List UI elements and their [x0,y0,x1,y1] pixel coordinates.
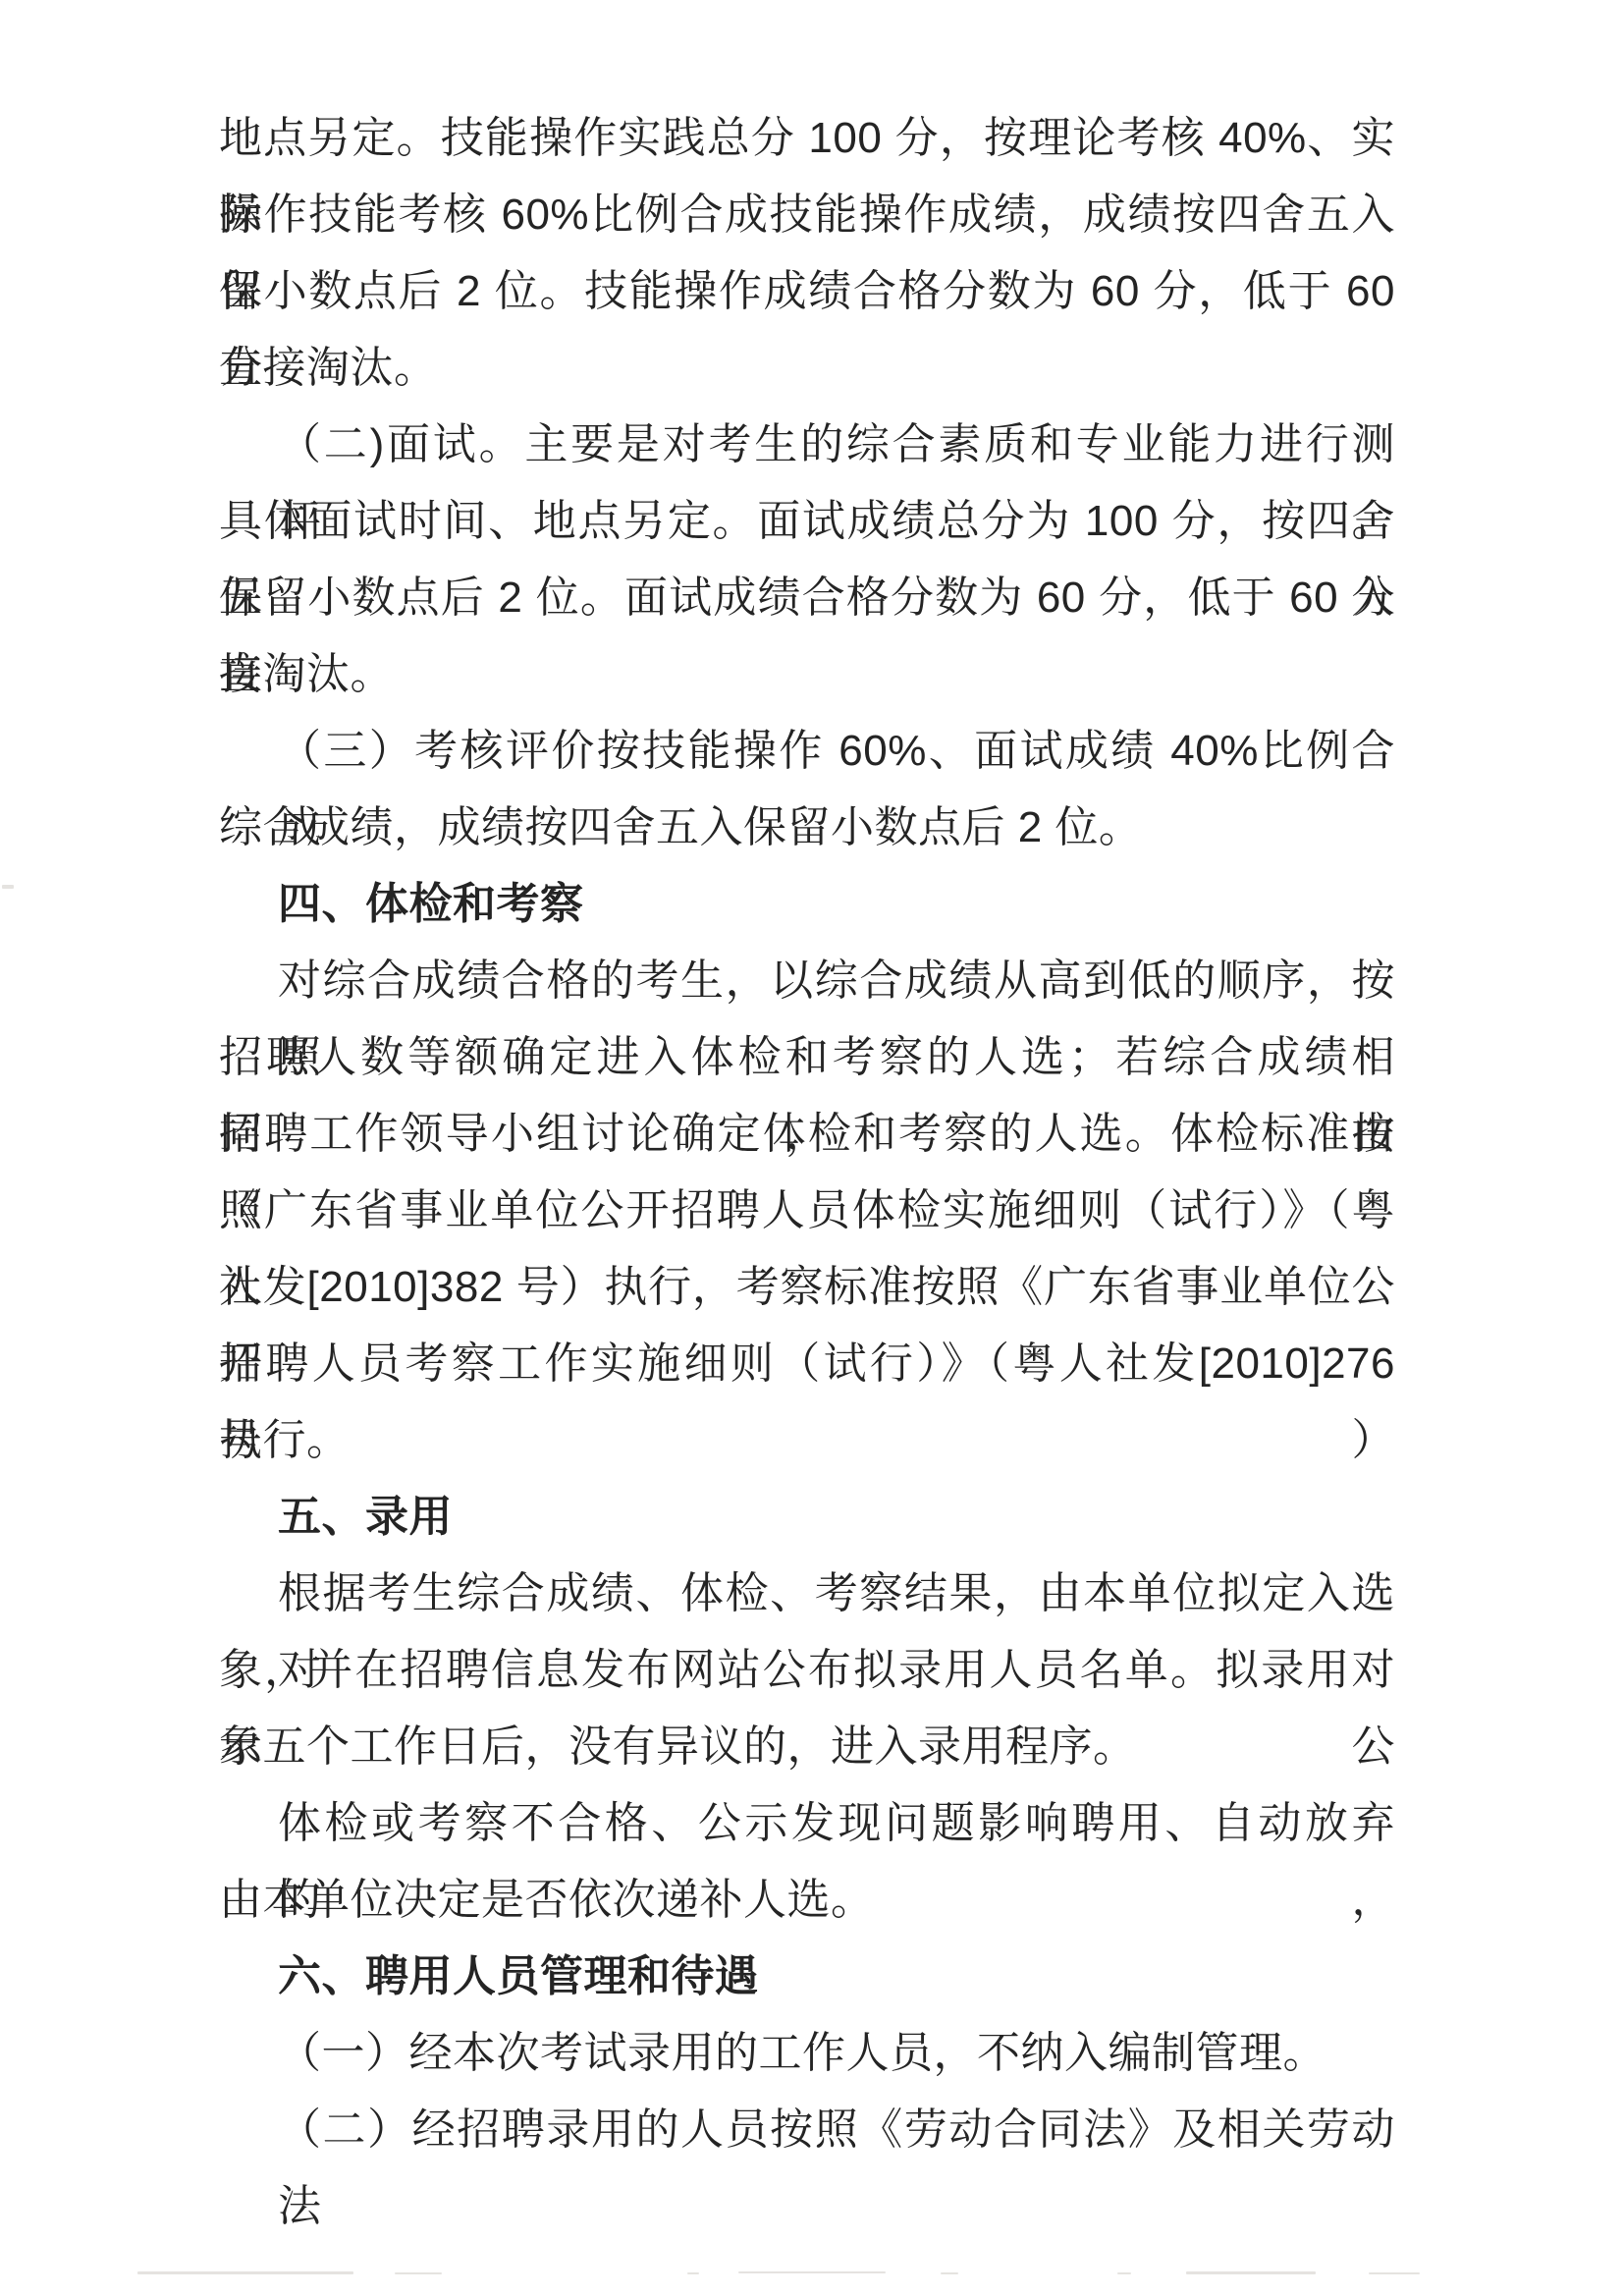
text-line: 根据考生综合成绩、体检、考察结果，由本单位拟定入选对 [219,1556,1395,1632]
text-line: 招聘人数等额确定进入体检和考察的人选；若综合成绩相同，由 [219,1019,1395,1096]
text-line: 地点另定。技能操作实践总分 100 分，按理论考核 40%、实际 [219,100,1395,177]
scan-artifact [395,2272,442,2274]
scan-artifact [1117,2272,1131,2274]
text-line: （一）经本次考试录用的工作人员，不纳入编制管理。 [219,2015,1395,2092]
scan-artifact [2,885,14,889]
text-line: （二)面试。主要是对考生的综合素质和专业能力进行测评。 [219,407,1395,483]
text-line: （三）考核评价按技能操作 60%、面试成绩 40%比例合成 [219,713,1395,790]
text-line: 直接淘汰。 [219,330,1395,407]
scan-artifact [1186,2271,1316,2274]
text-line: 体检或考察不合格、公示发现问题影响聘用、自动放弃的， [219,1785,1395,1862]
scan-artifact [738,2271,886,2273]
scan-artifact [941,2272,958,2274]
text-line: 招聘人员考察工作实施细则（试行）》（粤人社发[2010]276 号） [219,1326,1395,1402]
text-line: 象，并在招聘信息发布网站公布拟录用人员名单。拟录用对象公 [219,1632,1395,1709]
text-line: 招聘工作领导小组讨论确定体检和考察的人选。体检标准按照 [219,1096,1395,1173]
section-heading: 六、聘用人员管理和待遇 [219,1939,1395,2015]
scan-artifact [1369,2272,1420,2274]
text-line: 对综合成绩合格的考生，以综合成绩从高到低的顺序，按照 [219,943,1395,1019]
section-heading: 四、体检和考察 [219,866,1395,943]
text-line: 操作技能考核 60%比例合成技能操作成绩，成绩按四舍五入保 [219,177,1395,253]
text-line: 《广东省事业单位公开招聘人员体检实施细则（试行）》（粤人 [219,1173,1395,1249]
text-line: 综合成绩，成绩按四舍五入保留小数点后 2 位。 [219,790,1395,866]
section-heading: 五、录用 [219,1479,1395,1556]
text-line: 保留小数点后 2 位。面试成绩合格分数为 60 分，低于 60 分直 [219,560,1395,636]
scan-artifact [137,2271,353,2274]
text-line: 具体面试时间、地点另定。面试成绩总分为 100 分，按四舍五入 [219,483,1395,560]
document-text-block: 地点另定。技能操作实践总分 100 分，按理论考核 40%、实际 操作技能考核 … [219,100,1395,2168]
text-line: 社发[2010]382 号）执行，考察标准按照《广东省事业单位公开 [219,1249,1395,1326]
document-page: 地点另定。技能操作实践总分 100 分，按理论考核 40%、实际 操作技能考核 … [0,0,1623,2296]
text-line: 留小数点后 2 位。技能操作成绩合格分数为 60 分，低于 60 分 [219,253,1395,330]
text-line: （二）经招聘录用的人员按照《劳动合同法》及相关劳动法 [219,2092,1395,2168]
text-line: 接淘汰。 [219,636,1395,713]
scan-artifact [687,2272,699,2274]
